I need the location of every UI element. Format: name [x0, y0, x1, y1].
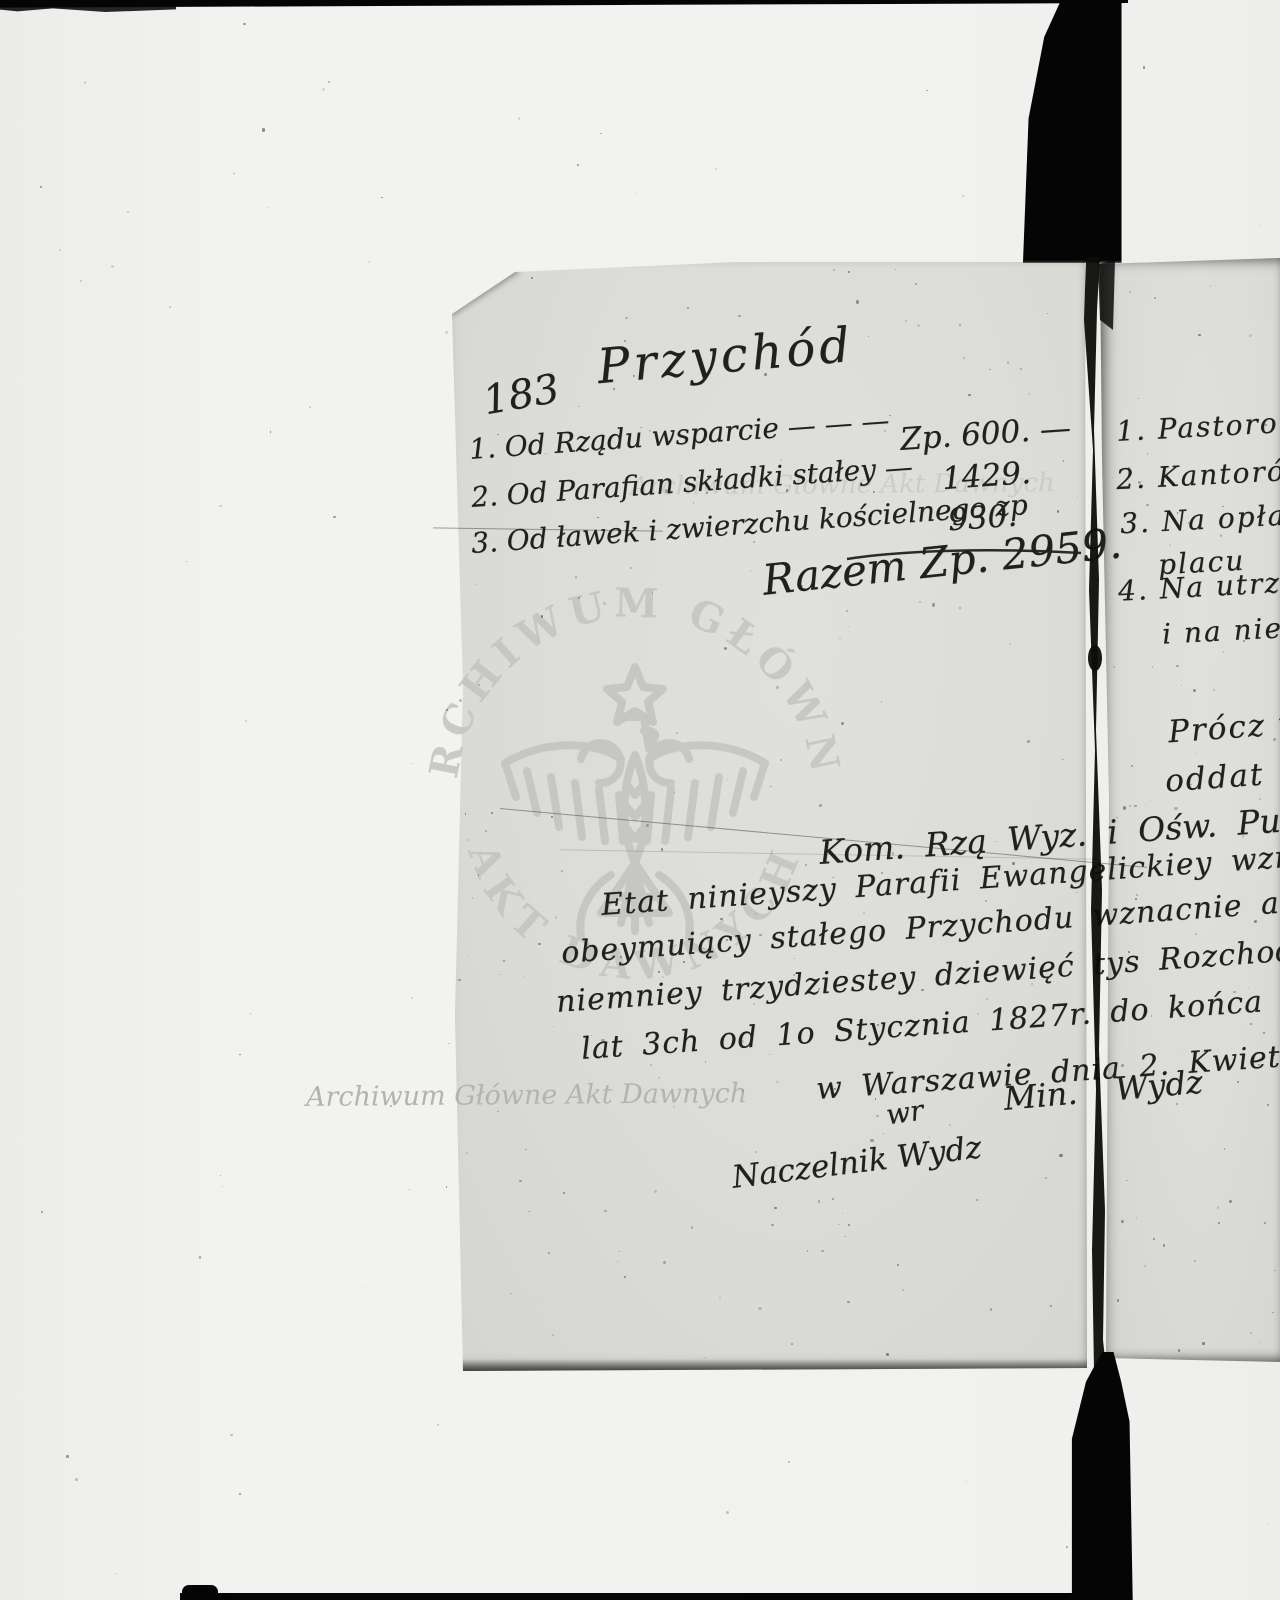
- scanned-document: ·ARCHIWUM GŁÓWNE· ·AKT DAWNYCH·: [0, 0, 1280, 1600]
- scanner-bar-bottom: [1070, 1352, 1134, 1600]
- expense-item: i na nieg: [1161, 610, 1280, 650]
- bottom-edge-shadow: [437, 1359, 1087, 1371]
- clipped-corner-shadow: [449, 266, 522, 318]
- text-fragment: oddat: [1164, 757, 1266, 800]
- scanner-edge-top: [0, 0, 1128, 8]
- scanner-bar-top: [1014, 0, 1126, 263]
- scanner-edge-bump: [182, 1585, 218, 1600]
- text-fragment: Prócz t: [1167, 706, 1280, 751]
- scanner-edge-bottom: [180, 1593, 1080, 1600]
- center-fold-shadow: [1070, 250, 1120, 1375]
- watermark-text-bottom: Archiwum Główne Akt Dawnych: [306, 1078, 747, 1113]
- clerk-initials: wr: [884, 1094, 926, 1132]
